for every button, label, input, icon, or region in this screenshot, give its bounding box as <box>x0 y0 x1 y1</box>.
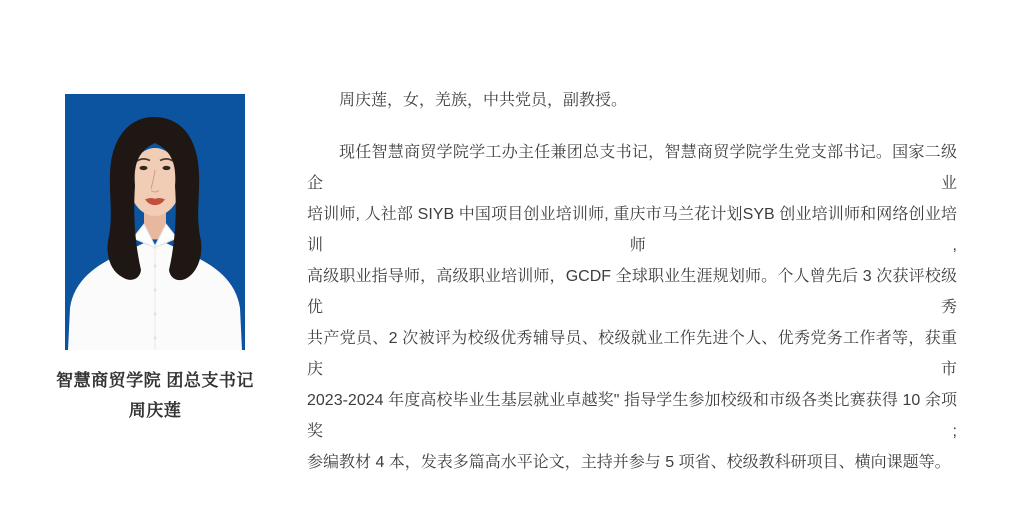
bio-line: 参编教材 4 本，发表多篇高水平论文，主持并参与 5 项省、校级教科研项目、横向… <box>307 447 957 478</box>
document-page: 智慧商贸学院 团总支书记 周庆莲 周庆莲，女，羌族，中共党员，副教授。 现任智慧… <box>0 0 1024 512</box>
shirt-button <box>153 264 156 267</box>
bio-text-block: 周庆莲，女，羌族，中共党员，副教授。 现任智慧商贸学院学工办主任兼团总支书记，智… <box>307 85 957 478</box>
photo-caption: 智慧商贸学院 团总支书记 周庆莲 <box>35 366 275 426</box>
bio-line: 现任智慧商贸学院学工办主任兼团总支书记，智慧商贸学院学生党支部书记。国家二级企业 <box>307 137 957 199</box>
bio-line: 培训师, 人社部 SIYB 中国项目创业培训师, 重庆市马兰花计划SYB 创业培… <box>307 199 957 261</box>
photo-caption-title: 智慧商贸学院 团总支书记 <box>35 366 275 396</box>
bio-line: 共产党员、2 次被评为校级优秀辅导员、校级就业工作先进个人、优秀党务工作者等，获… <box>307 323 957 385</box>
bio-intro-paragraph: 周庆莲，女，羌族，中共党员，副教授。 <box>307 85 957 116</box>
eye-left <box>140 166 148 170</box>
shirt-button <box>153 288 156 291</box>
shirt-button <box>153 336 156 339</box>
bio-line: 高级职业指导师，高级职业培训师，GCDF 全球职业生涯规划师。个人曾先后 3 次… <box>307 261 957 323</box>
portrait-photo <box>65 94 245 350</box>
portrait-photo-image <box>65 94 245 350</box>
bio-line: 2023-2024 年度高校毕业生基层就业卓越奖" 指导学生参加校级和市级各类比… <box>307 385 957 447</box>
shirt-button <box>153 312 156 315</box>
bio-detail-paragraph: 现任智慧商贸学院学工办主任兼团总支书记，智慧商贸学院学生党支部书记。国家二级企业… <box>307 137 957 478</box>
photo-caption-name: 周庆莲 <box>35 396 275 426</box>
eye-right <box>163 166 171 170</box>
